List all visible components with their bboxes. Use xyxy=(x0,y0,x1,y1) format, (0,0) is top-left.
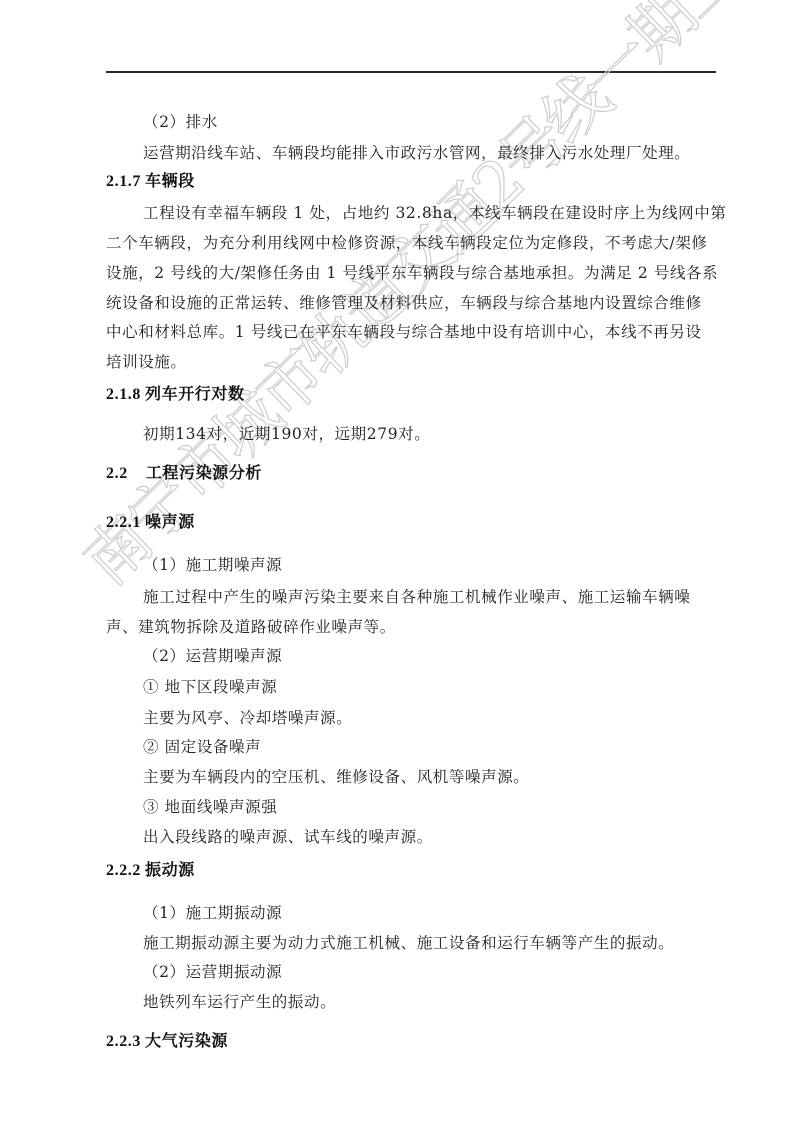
item-label: （2）运营期振动源 xyxy=(143,962,282,982)
section-number: 2.2.2 xyxy=(106,862,141,879)
sub-item-label: ③ 地面线噪声源强 xyxy=(143,797,277,817)
section-title: 车辆段 xyxy=(145,173,195,190)
section-number: 2.1.7 xyxy=(106,173,141,190)
paragraph-line: 工程设有幸福车辆段 1 处，占地约 32.8ha，本线车辆段在建设时序上为线网中… xyxy=(143,203,726,223)
paragraph-line: 二个车辆段，为充分利用线网中检修资源，本线车辆段定位为定修段，不考虑大/架修 xyxy=(106,233,708,253)
item-label: （1）施工期噪声源 xyxy=(143,555,282,575)
item-label: （2）运营期噪声源 xyxy=(143,646,282,666)
document-page: 南宁市城市轨道交通2号线一期工程 （2）排水 运营期沿线车站、车辆段均能排入市政… xyxy=(0,0,800,1131)
paragraph-line: 施工过程中产生的噪声污染主要来自各种施工机械作业噪声、施工运输车辆噪 xyxy=(143,587,690,607)
train-pairs-paragraph: 初期134对，近期190对，远期279对。 xyxy=(143,424,430,444)
paragraph-line: 统设备和设施的正常运转、维修管理及材料供应，车辆段与综合基地内设置综合维修 xyxy=(106,293,702,313)
paragraph-line: 培训设施。 xyxy=(106,352,187,372)
paragraph-line: 设施，2 号线的大/架修任务由 1 号线平东车辆段与综合基地承担。为满足 2 号… xyxy=(106,263,718,283)
paragraph-line: 地铁列车运行产生的振动。 xyxy=(143,992,336,1012)
section-title: 大气污染源 xyxy=(145,1033,228,1050)
paragraph-line: 中心和材料总库。1 号线已在平东车辆段与综合基地中设有培训中心，本线不再另设 xyxy=(106,322,702,342)
paragraph-line: 声、建筑物拆除及道路破碎作业噪声等。 xyxy=(106,617,396,637)
section-number: 2.1.8 xyxy=(106,386,141,403)
section-number: 2.2.3 xyxy=(106,1033,141,1050)
drain-item-label: （2）排水 xyxy=(143,112,218,132)
section-number: 2.2.1 xyxy=(106,514,141,531)
paragraph-line: 主要为车辆段内的空压机、维修设备、风机等噪声源。 xyxy=(143,767,529,787)
paragraph-line: 施工期振动源主要为动力式施工机械、施工设备和运行车辆等产生的振动。 xyxy=(143,933,674,953)
section-2-2-3-heading: 2.2.3大气污染源 xyxy=(106,1032,228,1052)
sub-item-label: ② 固定设备噪声 xyxy=(143,737,261,757)
sub-item-label: ① 地下区段噪声源 xyxy=(143,677,277,697)
section-2-2-1-heading: 2.2.1噪声源 xyxy=(106,513,195,533)
section-number: 2.2 xyxy=(106,465,128,482)
item-label: （1）施工期振动源 xyxy=(143,903,282,923)
header-rule xyxy=(106,71,716,73)
section-title: 工程污染源分析 xyxy=(146,465,262,482)
section-title: 噪声源 xyxy=(145,514,195,531)
section-title: 列车开行对数 xyxy=(145,386,245,403)
section-2-1-8-heading: 2.1.8列车开行对数 xyxy=(106,385,245,405)
section-2-2-2-heading: 2.2.2振动源 xyxy=(106,861,195,881)
section-2-1-7-heading: 2.1.7车辆段 xyxy=(106,172,195,192)
paragraph-line: 出入段线路的噪声源、试车线的噪声源。 xyxy=(143,827,433,847)
drain-paragraph: 运营期沿线车站、车辆段均能排入市政污水管网，最终排入污水处理厂处理。 xyxy=(143,143,690,163)
paragraph-line: 主要为风亭、冷却塔噪声源。 xyxy=(143,708,352,728)
section-title: 振动源 xyxy=(145,862,195,879)
section-2-2-heading: 2.2工程污染源分析 xyxy=(106,464,262,484)
